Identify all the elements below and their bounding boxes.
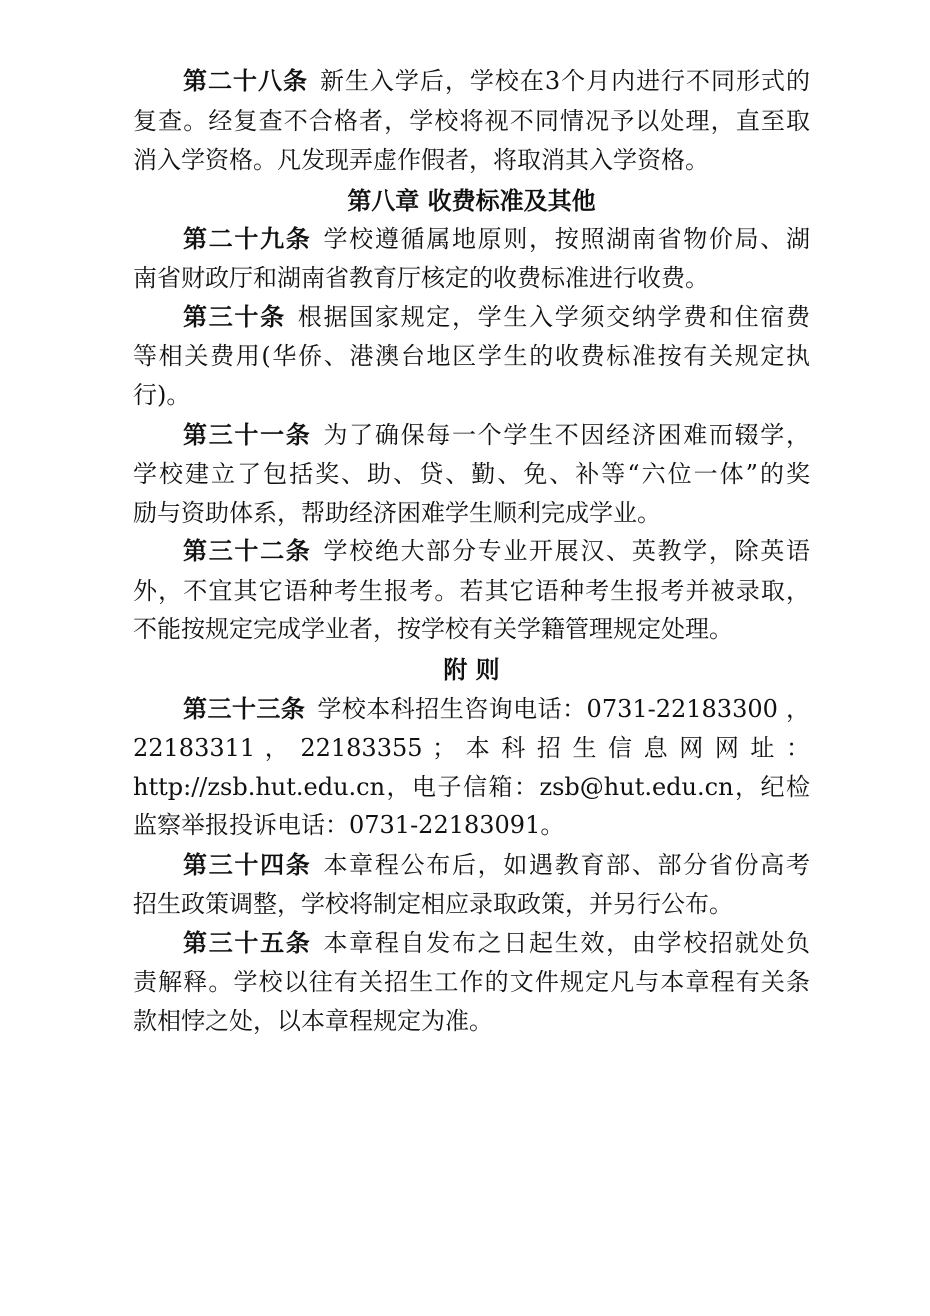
article-28-line-3: 消入学资格。凡发现弄虚作假者，将取消其入学资格。 xyxy=(133,141,810,180)
document-page: 第二十八条新生入学后，学校在3个月内进行不同形式的 复查。经复查不合格者，学校将… xyxy=(0,0,930,1316)
article-30-line-3: 行)。 xyxy=(133,376,810,415)
article-35-line-3: 款相悖之处，以本章程规定为准。 xyxy=(133,1002,810,1041)
article-34-line-1: 第三十四条本章程公布后，如遇教育部、部分省份高考 xyxy=(183,846,810,885)
article-34-line-2: 招生政策调整，学校将制定相应录取政策，并另行公布。 xyxy=(133,885,810,924)
article-29-line-2: 南省财政厅和湖南省教育厅核定的收费标准进行收费。 xyxy=(133,259,810,298)
paragraph-text: 学校本科招生咨询电话：0731-22183300 ， xyxy=(317,695,810,723)
article-number: 第三十二条 xyxy=(183,537,311,565)
article-33-line-2: 22183311 ， 22183355 ； 本 科 招 生 信 息 网 网 址 … xyxy=(133,729,810,768)
article-30-line-2: 等相关费用(华侨、港澳台地区学生的收费标准按有关规定执 xyxy=(133,337,810,376)
article-number: 第三十条 xyxy=(183,303,286,331)
chapter-heading: 第八章 收费标准及其他 xyxy=(133,181,810,220)
article-number: 第三十一条 xyxy=(183,421,311,449)
article-29-line-1: 第二十九条学校遵循属地原则，按照湖南省物价局、湖 xyxy=(183,220,810,259)
article-28-line-2: 复查。经复查不合格者，学校将视不同情况予以处理，直至取 xyxy=(133,102,810,141)
article-number: 第三十三条 xyxy=(183,695,305,723)
article-number: 第三十五条 xyxy=(183,929,311,957)
paragraph-text: 学校绝大部分专业开展汉、英教学，除英语 xyxy=(323,537,810,565)
article-35-line-2: 责解释。学校以往有关招生工作的文件规定凡与本章程有关条 xyxy=(133,963,810,1002)
article-31-line-3: 励与资助体系，帮助经济困难学生顺利完成学业。 xyxy=(133,494,810,533)
paragraph-text: 新生入学后，学校在3个月内进行不同形式的 xyxy=(320,67,810,95)
article-31-line-2: 学校建立了包括奖、助、贷、勤、免、补等“六位一体”的奖 xyxy=(133,455,810,494)
article-33-line-1: 第三十三条学校本科招生咨询电话：0731-22183300 ， xyxy=(183,690,810,729)
article-35-line-1: 第三十五条本章程自发布之日起生效，由学校招就处负 xyxy=(183,924,810,963)
paragraph-text: 根据国家规定，学生入学须交纳学费和住宿费 xyxy=(298,303,810,331)
article-32-line-3: 不能按规定完成学业者，按学校有关学籍管理规定处理。 xyxy=(133,610,810,649)
article-number: 第三十四条 xyxy=(183,851,311,879)
article-33-line-4: 监察举报投诉电话：0731-22183091。 xyxy=(133,806,810,845)
appendix-heading: 附 则 xyxy=(133,650,810,689)
article-32-line-1: 第三十二条学校绝大部分专业开展汉、英教学，除英语 xyxy=(183,532,810,571)
article-28-line-1: 第二十八条新生入学后，学校在3个月内进行不同形式的 xyxy=(183,62,810,101)
article-33-line-3-links: http://zsb.hut.edu.cn，电子信箱：zsb@hut.edu.c… xyxy=(133,768,810,807)
paragraph-text: 本章程公布后，如遇教育部、部分省份高考 xyxy=(323,851,810,879)
article-32-line-2: 外，不宜其它语种考生报考。若其它语种考生报考并被录取， xyxy=(133,572,810,611)
paragraph-text: 本章程自发布之日起生效，由学校招就处负 xyxy=(323,929,810,957)
paragraph-text: 学校遵循属地原则，按照湖南省物价局、湖 xyxy=(323,225,810,253)
article-31-line-1: 第三十一条为了确保每一个学生不因经济困难而辍学， xyxy=(183,416,810,455)
article-30-line-1: 第三十条根据国家规定，学生入学须交纳学费和住宿费 xyxy=(183,298,810,337)
article-number: 第二十八条 xyxy=(183,67,308,95)
article-number: 第二十九条 xyxy=(183,225,311,253)
paragraph-text: 为了确保每一个学生不因经济困难而辍学， xyxy=(323,421,810,449)
